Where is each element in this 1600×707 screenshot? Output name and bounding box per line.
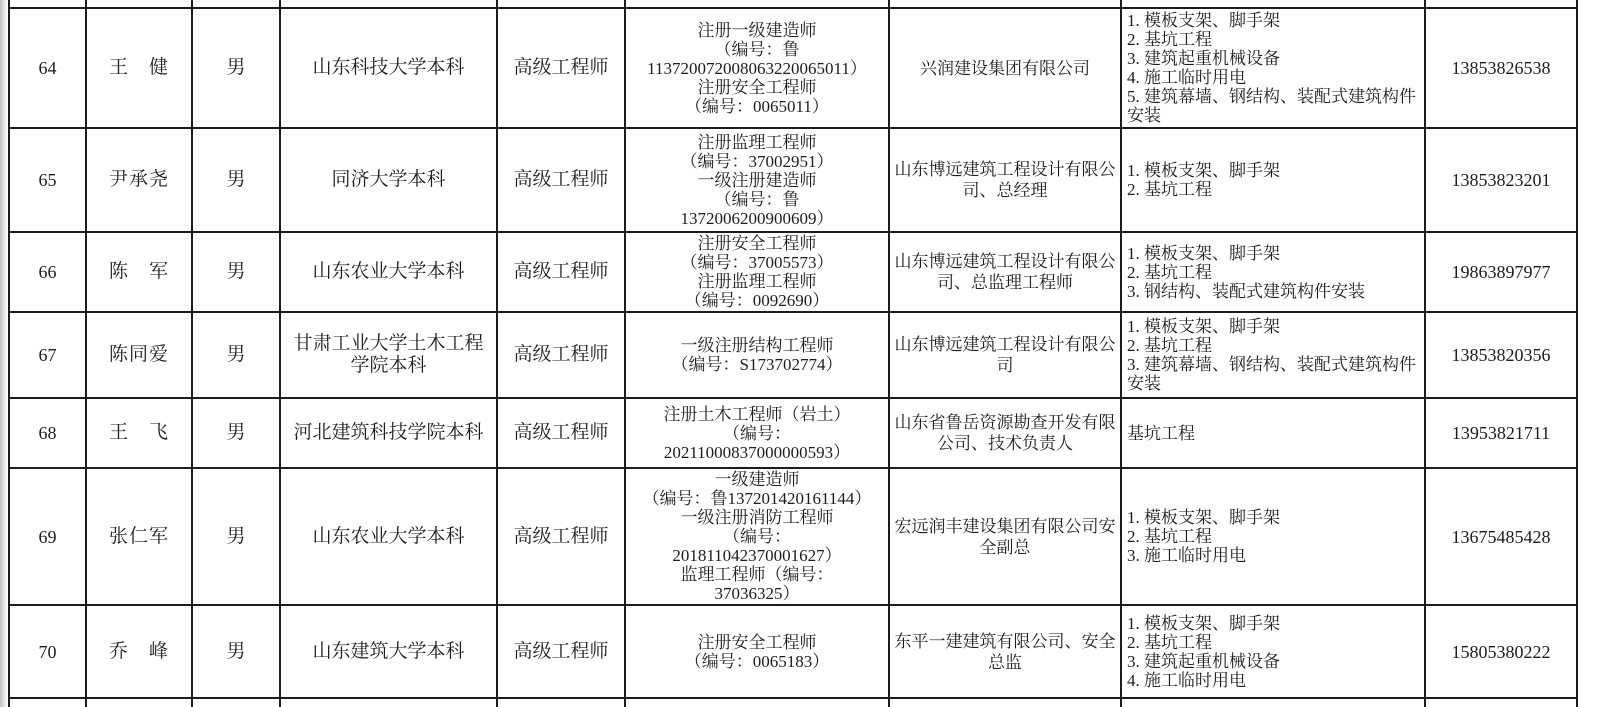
major-field-item: 2. 基坑工程 <box>1127 180 1421 199</box>
major-field-item: 3. 钢结构、装配式建筑构件安装 <box>1127 282 1421 301</box>
cell-phone: 13853826538 <box>1425 8 1577 128</box>
cell-education: 甘肃工业大学土木工程学院本科 <box>280 312 497 398</box>
cell-major-fields: 1. 模板支架、脚手架2. 基坑工程3. 建筑起重机械设备4. 施工临时用电5.… <box>1121 8 1425 128</box>
table-row: 68王 飞男河北建筑科技学院本科高级工程师注册土木工程师（岩土）（编号：2021… <box>9 398 1577 468</box>
cell-name: 尹承尧 <box>86 128 192 232</box>
cell-gender: 男 <box>192 468 280 605</box>
cell-phone: 19863897977 <box>1425 232 1577 312</box>
major-field-item: 3. 建筑幕墙、钢结构、装配式建筑构件安装 <box>1127 355 1421 393</box>
certification-line: 注册安全工程师 <box>630 234 884 253</box>
scanned-roster-page: 64王 健男山东科技大学本科高级工程师注册一级建造师（编号：鲁113720072… <box>0 0 1600 707</box>
cell-name: 陈 军 <box>86 232 192 312</box>
certification-line: 一级注册建造师 <box>630 171 884 190</box>
cell-professional-title: 高级工程师 <box>497 128 625 232</box>
certification-line: 一级建造师 <box>630 470 884 489</box>
cell-company: 山东博远建筑工程设计有限公司 <box>889 312 1121 398</box>
certification-line: （编号： <box>630 527 884 546</box>
certification-line: 注册安全工程师 <box>630 633 884 652</box>
certification-line: 113720072008063220065011） <box>630 59 884 78</box>
cell-certifications: 注册安全工程师（编号：37005573）注册监理工程师（编号：0092690） <box>625 232 889 312</box>
major-field-item: 5. 建筑幕墙、钢结构、装配式建筑构件安装 <box>1127 87 1421 125</box>
certification-line: 注册土木工程师（岩土） <box>630 405 884 424</box>
cell-serial-number: 70 <box>9 605 86 698</box>
table-row: 70乔 峰男山东建筑大学本科高级工程师注册安全工程师（编号：0065183）东平… <box>9 605 1577 698</box>
cell-serial-number: 67 <box>9 312 86 398</box>
certification-line: （编号： <box>630 424 884 443</box>
certification-line: （编号：37005573） <box>630 253 884 272</box>
cell-name: 王 飞 <box>86 398 192 468</box>
certification-line: 注册安全工程师 <box>630 78 884 97</box>
personnel-roster-table: 64王 健男山东科技大学本科高级工程师注册一级建造师（编号：鲁113720072… <box>8 0 1578 707</box>
major-field-item: 2. 基坑工程 <box>1127 527 1421 546</box>
certification-line: 20211000837000000593） <box>630 443 884 462</box>
clipped-next-row <box>9 698 1577 707</box>
cell-gender: 男 <box>192 8 280 128</box>
major-field-item: 1. 模板支架、脚手架 <box>1127 11 1421 30</box>
cell-certifications: 注册安全工程师（编号：0065183） <box>625 605 889 698</box>
table-row: 64王 健男山东科技大学本科高级工程师注册一级建造师（编号：鲁113720072… <box>9 8 1577 128</box>
cell-professional-title: 高级工程师 <box>497 8 625 128</box>
cell-company: 山东博远建筑工程设计有限公司、总经理 <box>889 128 1121 232</box>
cell-certifications: 注册监理工程师（编号：37002951）一级注册建造师（编号：鲁13720062… <box>625 128 889 232</box>
major-field-item: 3. 施工临时用电 <box>1127 546 1421 565</box>
certification-line: 注册监理工程师 <box>630 133 884 152</box>
table-row: 69张仁军男山东农业大学本科高级工程师一级建造师（编号：鲁13720142016… <box>9 468 1577 605</box>
cell-gender: 男 <box>192 312 280 398</box>
major-field-item: 1. 模板支架、脚手架 <box>1127 317 1421 336</box>
major-field-item: 1. 模板支架、脚手架 <box>1127 244 1421 263</box>
certification-line: 1372006200900609） <box>630 209 884 228</box>
cell-education: 同济大学本科 <box>280 128 497 232</box>
certification-line: 注册一级建造师 <box>630 21 884 40</box>
certification-line: （编号：37002951） <box>630 152 884 171</box>
cell-professional-title: 高级工程师 <box>497 398 625 468</box>
cell-certifications: 一级注册结构工程师（编号：S173702774） <box>625 312 889 398</box>
cell-name: 张仁军 <box>86 468 192 605</box>
cell-serial-number: 64 <box>9 8 86 128</box>
cell-gender: 男 <box>192 605 280 698</box>
certification-line: （编号：鲁 <box>630 190 884 209</box>
cell-major-fields: 1. 模板支架、脚手架2. 基坑工程3. 建筑起重机械设备4. 施工临时用电 <box>1121 605 1425 698</box>
certification-line: 201811042370001627） <box>630 546 884 565</box>
major-field-item: 1. 模板支架、脚手架 <box>1127 614 1421 633</box>
table-row: 67陈同爱男甘肃工业大学土木工程学院本科高级工程师一级注册结构工程师（编号：S1… <box>9 312 1577 398</box>
major-field-item: 1. 模板支架、脚手架 <box>1127 161 1421 180</box>
certification-line: 一级注册消防工程师 <box>630 508 884 527</box>
cell-major-fields: 1. 模板支架、脚手架2. 基坑工程3. 钢结构、装配式建筑构件安装 <box>1121 232 1425 312</box>
cell-gender: 男 <box>192 232 280 312</box>
cell-major-fields: 1. 模板支架、脚手架2. 基坑工程3. 施工临时用电 <box>1121 468 1425 605</box>
cell-professional-title: 高级工程师 <box>497 605 625 698</box>
major-field-item: 3. 建筑起重机械设备 <box>1127 49 1421 68</box>
certification-line: 监理工程师（编号： <box>630 565 884 584</box>
cell-major-fields: 1. 模板支架、脚手架2. 基坑工程3. 建筑幕墙、钢结构、装配式建筑构件安装 <box>1121 312 1425 398</box>
cell-name: 乔 峰 <box>86 605 192 698</box>
cell-phone: 13853820356 <box>1425 312 1577 398</box>
cell-name: 陈同爱 <box>86 312 192 398</box>
cell-gender: 男 <box>192 398 280 468</box>
certification-line: （编号：鲁137201420161144） <box>630 489 884 508</box>
cell-professional-title: 高级工程师 <box>497 232 625 312</box>
major-field-item: 4. 施工临时用电 <box>1127 68 1421 87</box>
cell-education: 山东农业大学本科 <box>280 468 497 605</box>
cell-company: 兴润建设集团有限公司 <box>889 8 1121 128</box>
cell-education: 山东建筑大学本科 <box>280 605 497 698</box>
cell-serial-number: 66 <box>9 232 86 312</box>
cell-education: 山东农业大学本科 <box>280 232 497 312</box>
cell-certifications: 注册土木工程师（岩土）（编号：20211000837000000593） <box>625 398 889 468</box>
cell-company: 东平一建建筑有限公司、安全总监 <box>889 605 1121 698</box>
scan-edge-artifact <box>0 0 7 707</box>
cell-certifications: 一级建造师（编号：鲁137201420161144）一级注册消防工程师（编号：2… <box>625 468 889 605</box>
table-body: 64王 健男山东科技大学本科高级工程师注册一级建造师（编号：鲁113720072… <box>9 0 1577 707</box>
certification-line: （编号：鲁 <box>630 40 884 59</box>
certification-line: （编号：0065183） <box>630 652 884 671</box>
cell-education: 山东科技大学本科 <box>280 8 497 128</box>
cell-name: 王 健 <box>86 8 192 128</box>
major-field-item: 2. 基坑工程 <box>1127 336 1421 355</box>
major-field-item: 2. 基坑工程 <box>1127 263 1421 282</box>
cell-company: 山东博远建筑工程设计有限公司、总监理工程师 <box>889 232 1121 312</box>
cell-major-fields: 基坑工程 <box>1121 398 1425 468</box>
cell-phone: 13675485428 <box>1425 468 1577 605</box>
cell-professional-title: 高级工程师 <box>497 312 625 398</box>
cell-education: 河北建筑科技学院本科 <box>280 398 497 468</box>
major-field-item: 4. 施工临时用电 <box>1127 671 1421 690</box>
cell-professional-title: 高级工程师 <box>497 468 625 605</box>
table-row: 66陈 军男山东农业大学本科高级工程师注册安全工程师（编号：37005573）注… <box>9 232 1577 312</box>
cell-certifications: 注册一级建造师（编号：鲁113720072008063220065011）注册安… <box>625 8 889 128</box>
cell-major-fields: 1. 模板支架、脚手架2. 基坑工程 <box>1121 128 1425 232</box>
cell-serial-number: 68 <box>9 398 86 468</box>
cell-serial-number: 65 <box>9 128 86 232</box>
certification-line: 37036325） <box>630 584 884 603</box>
cell-phone: 15805380222 <box>1425 605 1577 698</box>
certification-line: 一级注册结构工程师 <box>630 336 884 355</box>
major-field-item: 基坑工程 <box>1127 424 1421 443</box>
certification-line: （编号：0065011） <box>630 97 884 116</box>
cell-serial-number: 69 <box>9 468 86 605</box>
cell-phone: 13853823201 <box>1425 128 1577 232</box>
clipped-previous-row <box>9 0 1577 8</box>
certification-line: （编号：0092690） <box>630 291 884 310</box>
certification-line: 注册监理工程师 <box>630 272 884 291</box>
cell-phone: 13953821711 <box>1425 398 1577 468</box>
major-field-item: 2. 基坑工程 <box>1127 30 1421 49</box>
major-field-item: 2. 基坑工程 <box>1127 633 1421 652</box>
cell-company: 宏远润丰建设集团有限公司安全副总 <box>889 468 1121 605</box>
table-row: 65尹承尧男同济大学本科高级工程师注册监理工程师（编号：37002951）一级注… <box>9 128 1577 232</box>
major-field-item: 3. 建筑起重机械设备 <box>1127 652 1421 671</box>
cell-gender: 男 <box>192 128 280 232</box>
major-field-item: 1. 模板支架、脚手架 <box>1127 508 1421 527</box>
certification-line: （编号：S173702774） <box>630 355 884 374</box>
cell-company: 山东省鲁岳资源勘查开发有限公司、技术负责人 <box>889 398 1121 468</box>
